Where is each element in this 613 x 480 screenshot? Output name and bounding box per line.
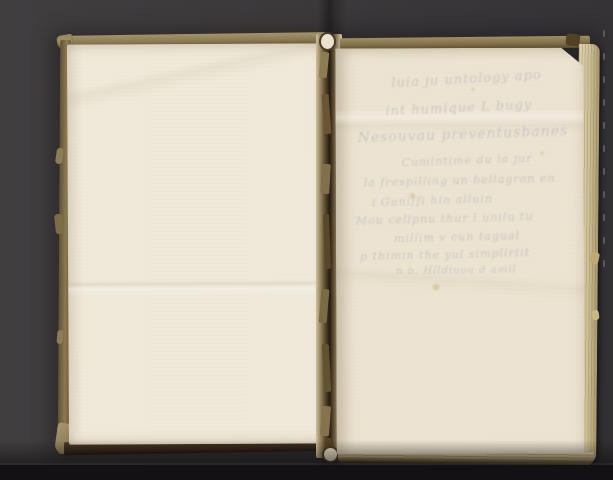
faint-handwriting-area: luia ju untology apoint humique L bugyNe… bbox=[335, 48, 584, 455]
handwriting-line: la frespilling un bellagron en bbox=[364, 172, 556, 190]
film-dash-mark bbox=[603, 191, 605, 198]
film-dash-mark bbox=[603, 99, 605, 106]
photo-stage: luia ju untology apoint humique L bugyNe… bbox=[0, 0, 613, 480]
film-dash-mark bbox=[603, 237, 605, 244]
page-edge-bump bbox=[589, 251, 600, 265]
handwriting-line: Cumintime du la jur bbox=[401, 152, 532, 170]
gutter-paper-debris bbox=[319, 289, 330, 324]
handwriting-line: int humique L bugy bbox=[385, 98, 532, 120]
gutter-paper-debris bbox=[319, 52, 330, 79]
film-dash-mark bbox=[603, 145, 605, 152]
handwriting-line: millim v cun tagual bbox=[394, 229, 520, 245]
handwriting-line: n b. Hlldiuou d amil bbox=[396, 265, 517, 278]
handwriting-line: i Guniffi hin alluin bbox=[372, 192, 494, 209]
foxing-spot bbox=[471, 88, 474, 91]
foxing-spot bbox=[433, 284, 439, 290]
film-dash-mark bbox=[603, 214, 605, 221]
gutter-paper-debris bbox=[323, 214, 331, 269]
handwriting-line: p thimin the yul simplirtit bbox=[360, 246, 530, 263]
gutter-paper-debris bbox=[320, 406, 331, 437]
bottom-black-strip bbox=[0, 465, 613, 480]
left-cover-board bbox=[56, 28, 332, 456]
gutter-paper-debris bbox=[322, 344, 332, 392]
gutter-paper-debris bbox=[322, 94, 332, 134]
right-text-block: luia ju untology apoint humique L bugyNe… bbox=[334, 30, 602, 466]
foxing-spot bbox=[410, 193, 415, 198]
film-dash-mark bbox=[603, 168, 605, 175]
handwriting-line: luia ju untology apo bbox=[391, 68, 542, 91]
film-dash-mark bbox=[603, 53, 605, 60]
left-page-blank bbox=[67, 43, 331, 444]
film-dash-mark bbox=[603, 260, 605, 267]
film-dash-mark bbox=[603, 76, 605, 83]
right-page: luia ju untology apoint humique L bugyNe… bbox=[335, 48, 584, 455]
page-edge-bump bbox=[591, 310, 599, 321]
foxing-spot bbox=[541, 152, 544, 155]
handwriting-line: Mou cellpnu thur l unilu tu bbox=[356, 210, 534, 227]
film-dash-mark bbox=[603, 30, 605, 37]
film-dash-mark bbox=[603, 122, 605, 129]
gutter-paper-debris bbox=[320, 164, 331, 194]
handwriting-line: Nesouvau preventusbanes bbox=[357, 123, 568, 146]
